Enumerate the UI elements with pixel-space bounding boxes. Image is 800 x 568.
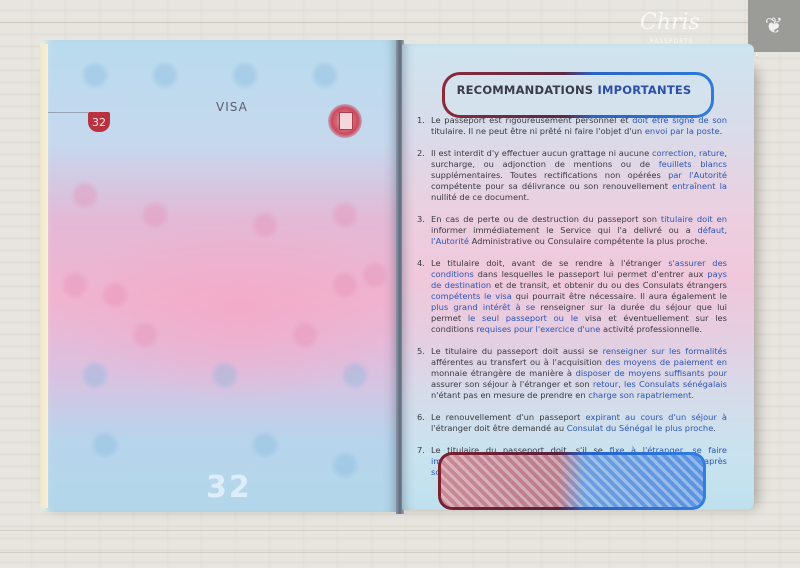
- security-print-motif: [150, 60, 180, 90]
- visa-heading: VISA: [216, 100, 248, 114]
- watermark-signature: Chris: [640, 10, 700, 35]
- security-print-motif: [100, 280, 130, 310]
- list-item: 6.Le renouvellement d'un passeport expir…: [417, 412, 727, 434]
- security-print-motif: [90, 430, 120, 460]
- security-print-motif: [310, 60, 340, 90]
- title-part-2: IMPORTANTES: [597, 83, 691, 97]
- recommendation-text: En cas de perte ou de destruction du pas…: [431, 214, 727, 247]
- security-print-motif: [140, 200, 170, 230]
- security-print-motif: [210, 360, 240, 390]
- page-number-badge: 32: [88, 112, 110, 132]
- security-print-motif: [290, 320, 320, 350]
- page-stack-edge: [40, 44, 48, 508]
- security-print-motif: [330, 450, 360, 480]
- list-item: 2.Il est interdit d'y effectuer aucun gr…: [417, 148, 727, 203]
- security-print-motif: [60, 270, 90, 300]
- list-item: 1.Le passeport est rigoureusement person…: [417, 115, 727, 137]
- recommendation-text: Le renouvellement d'un passeport expiran…: [431, 412, 727, 434]
- security-print-motif: [340, 360, 370, 390]
- table-plank-line: [0, 552, 800, 553]
- security-print-motif: [330, 270, 360, 300]
- recommendation-text: Il est interdit d'y effectuer aucun grat…: [431, 148, 727, 203]
- security-print-motif: [80, 60, 110, 90]
- security-print-motif: [250, 210, 280, 240]
- page-number: 32: [92, 116, 106, 129]
- list-item: 5.Le titulaire du passeport doit aussi s…: [417, 346, 727, 401]
- security-print-motif: [330, 200, 360, 230]
- recommendation-text: Le titulaire doit, avant de se rendre à …: [431, 258, 727, 335]
- rule-line: [48, 112, 88, 113]
- title-part-1: RECOMMANDATIONS: [457, 83, 594, 97]
- security-print-motif: [80, 360, 110, 390]
- list-item: 3.En cas de perte ou de destruction du p…: [417, 214, 727, 247]
- security-print-motif: [360, 260, 390, 290]
- security-print-motif: [70, 180, 100, 210]
- page-title: RECOMMANDATIONS IMPORTANTES: [454, 83, 694, 97]
- table-plank-line: [0, 530, 800, 531]
- list-item: 4.Le titulaire doit, avant de se rendre …: [417, 258, 727, 335]
- laurel-crest-icon: ❦: [748, 0, 800, 52]
- security-print-motif: [130, 320, 160, 350]
- security-print-motif: [250, 430, 280, 460]
- bottom-ornament-frame: [438, 452, 706, 510]
- recommendations-list: 1.Le passeport est rigoureusement person…: [417, 115, 727, 489]
- ghost-page-number: 32: [206, 470, 252, 505]
- recommendation-text: Le titulaire du passeport doit aussi se …: [431, 346, 727, 401]
- recommendation-text: Le passeport est rigoureusement personne…: [431, 115, 727, 137]
- security-print-motif: [230, 60, 260, 90]
- coat-of-arms-icon: [328, 104, 362, 138]
